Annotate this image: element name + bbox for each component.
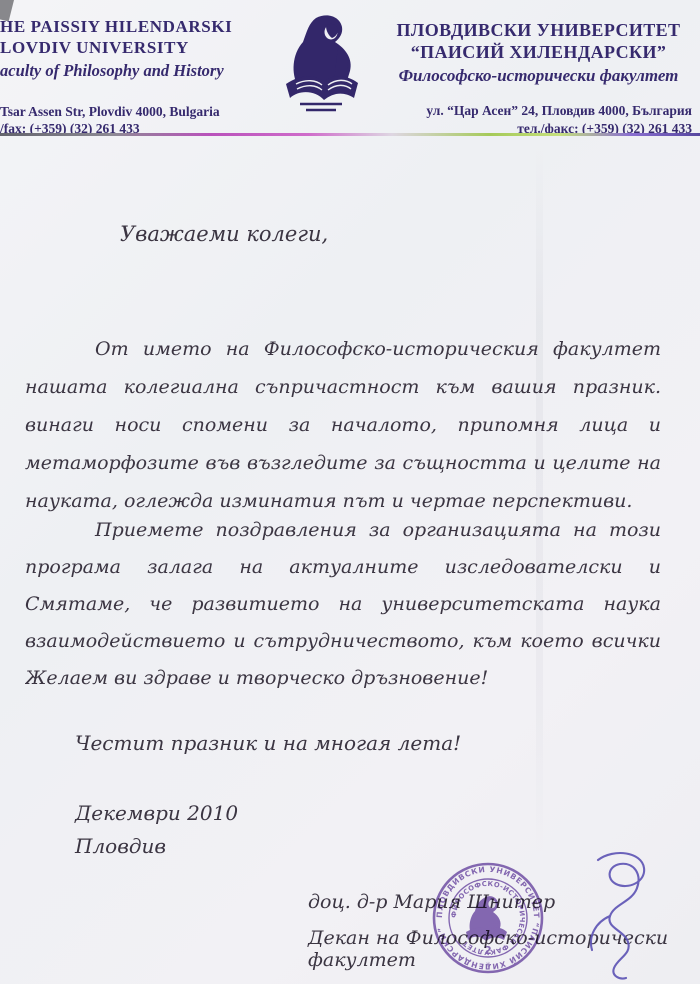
handwritten-signature — [540, 846, 670, 984]
letterhead-divider — [0, 133, 700, 136]
closing-greeting: Честит празник и на многая лета! — [75, 731, 461, 755]
letter-line: нашата колегиална съпричастност към ваши… — [25, 368, 661, 406]
address-bg-line: ул. “Цар Асен” 24, Пловдив 4000, Българи… — [379, 102, 692, 120]
letterhead-right: ПЛОВДИВСКИ УНИВЕРСИТЕТ “ПАИСИЙ ХИЛЕНДАРС… — [382, 20, 695, 87]
letter-line: програма залага на актуалните изследоват… — [25, 549, 661, 586]
monk-scribe-icon — [276, 12, 364, 120]
letter-line: взаимодействието и сътрудничеството, към… — [25, 623, 661, 660]
university-name-en-1: HE PAISSIY HILENDARSKI — [0, 16, 270, 37]
faculty-name-bg: Философско-исторически факултет — [382, 66, 695, 87]
letter-line: Приемете поздравления за организацията н… — [25, 512, 661, 549]
letter-line: метаморфозите във възгледите за същностт… — [25, 444, 661, 482]
letterhead-left: HE PAISSIY HILENDARSKI LOVDIV UNIVERSITY… — [0, 16, 270, 81]
letter-line: Желаем ви здраве и творческо дръзновение… — [25, 660, 661, 697]
address-en-line: Tsar Assen Str, Plovdiv 4000, Bulgaria — [0, 104, 270, 121]
letter-date: Декември 2010 — [75, 801, 238, 825]
faculty-round-stamp: ПЛОВДИВСКИ УНИВЕРСИТЕТ “ПАИСИЙ ХИЛЕНДАРС… — [418, 848, 558, 984]
address-bg: ул. “Цар Асен” 24, Пловдив 4000, Българи… — [379, 102, 692, 137]
scanned-letter-page: HE PAISSIY HILENDARSKI LOVDIV UNIVERSITY… — [0, 0, 700, 984]
signature-stroke-icon — [540, 846, 670, 984]
university-name-bg-2: “ПАИСИЙ ХИЛЕНДАРСКИ” — [382, 42, 695, 64]
paragraph-2: Приемете поздравления за организацията н… — [25, 512, 661, 697]
salutation: Уважаеми колеги, — [120, 222, 328, 246]
letter-place: Пловдив — [75, 834, 166, 858]
letter-line: Смятаме, че развитието на университетска… — [25, 586, 661, 623]
letter-line: От името на Философско-историческия факу… — [25, 330, 661, 368]
university-logo — [276, 12, 364, 120]
stamp-icon: ПЛОВДИВСКИ УНИВЕРСИТЕТ “ПАИСИЙ ХИЛЕНДАРС… — [418, 848, 558, 984]
stamp-star: ✳ — [485, 961, 491, 969]
faculty-name-en: aculty of Philosophy and History — [0, 61, 270, 82]
stamp-number: 2 — [484, 945, 491, 957]
university-name-en-2: LOVDIV UNIVERSITY — [0, 37, 270, 58]
university-name-bg-1: ПЛОВДИВСКИ УНИВЕРСИТЕТ — [382, 20, 695, 42]
paragraph-1: От името на Философско-историческия факу… — [25, 330, 661, 520]
letter-line: винаги носи спомени за началото, припомн… — [25, 406, 661, 444]
